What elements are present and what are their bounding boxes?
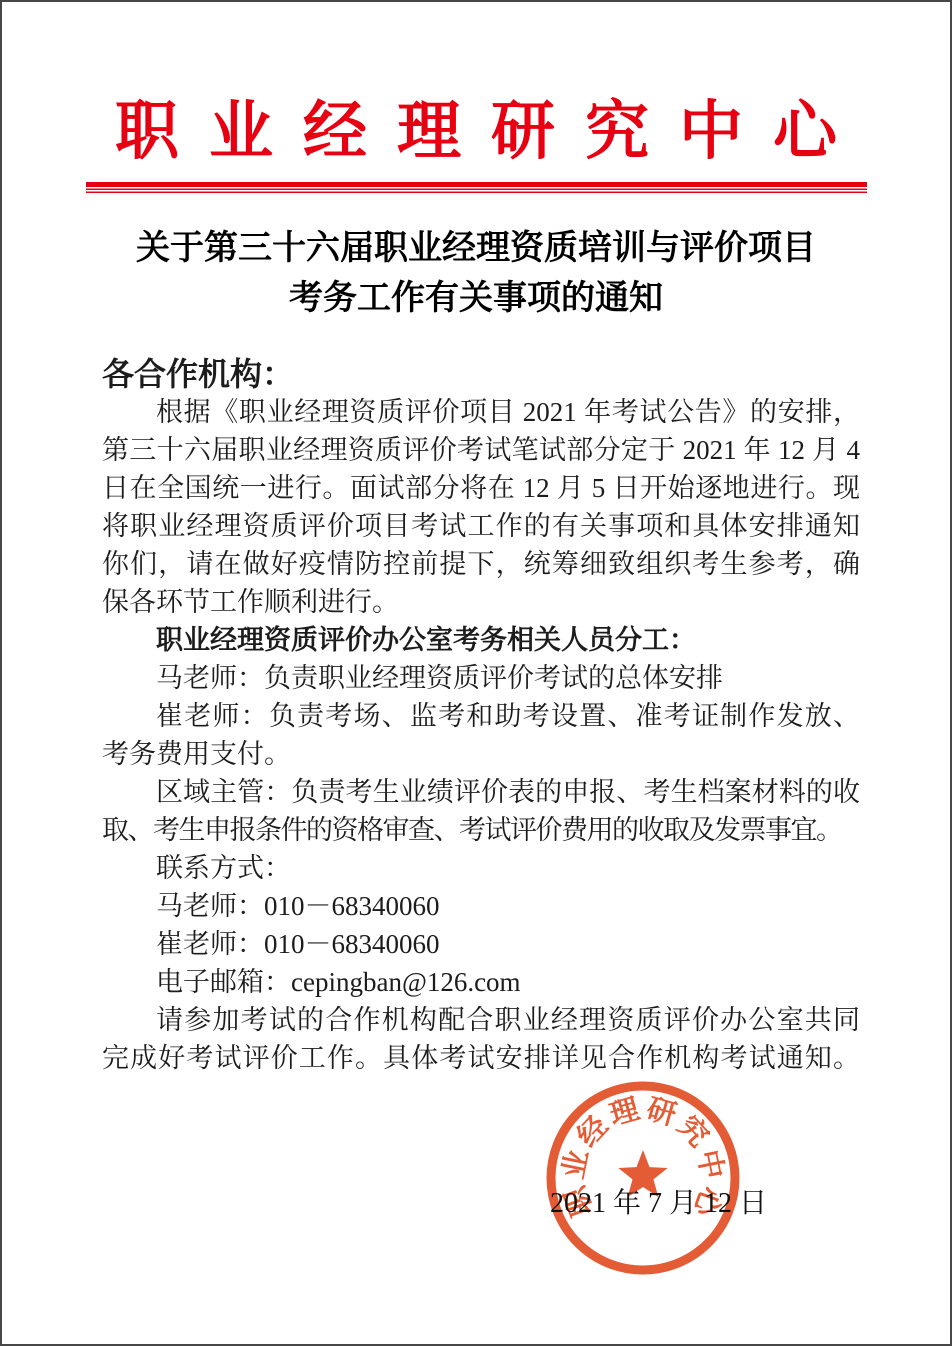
- body-line: 崔老师：负责考场、监考和助考设置、准考证制作发放、: [102, 697, 860, 735]
- stamp-character: 业: [557, 1147, 595, 1182]
- body-line: 将职业经理资质评价项目考试工作的有关事项和具体安排通知: [102, 507, 860, 545]
- official-seal-stamp: 职业经理研究中心: [543, 1078, 743, 1278]
- document-date: 2021 年 7 月 12 日: [550, 1185, 767, 1223]
- document-title-line1: 关于第三十六届职业经理资质培训与评价项目: [2, 224, 950, 274]
- body-line: 你们，请在做好疫情防控前提下，统筹细致组织考生参考，确: [102, 545, 860, 583]
- body-line: 职业经理资质评价办公室考务相关人员分工：: [102, 621, 860, 659]
- letterhead-double-rule: [86, 182, 867, 193]
- body-line: 联系方式：: [102, 849, 860, 887]
- body-line: 崔老师：010－68340060: [102, 925, 860, 963]
- body-line: 马老师：负责职业经理资质评价考试的总体安排: [102, 659, 860, 697]
- body-line: 日在全国统一进行。面试部分将在 12 月 5 日开始逐地进行。现: [102, 469, 860, 507]
- body-line: 考务费用支付。: [102, 735, 860, 773]
- body-line: 马老师：010－68340060: [102, 887, 860, 925]
- body-line: 取、考生申报条件的资格审查、考试评价费用的收取及发票事宜。: [102, 811, 860, 849]
- stamp-character: 研: [643, 1092, 680, 1132]
- document-page: 职业经理研究中心 关于第三十六届职业经理资质培训与评价项目 考务工作有关事项的通…: [0, 0, 952, 1346]
- body-line: 电子邮箱：cepingban@126.com: [102, 963, 860, 1001]
- body-line: 区域主管：负责考生业绩评价表的申报、考生档案材料的收: [102, 773, 860, 811]
- body-line: 保各环节工作顺利进行。: [102, 583, 860, 621]
- stamp-character: 中: [691, 1147, 729, 1182]
- body-line: 完成好考试评价工作。具体考试安排详见合作机构考试通知。: [102, 1039, 860, 1077]
- body-line: 第三十六届职业经理资质评价考试笔试部分定于 2021 年 12 月 4: [102, 431, 860, 469]
- body-lines: 各合作机构：根据《职业经理资质评价项目 2021 年考试公告》的安排，第三十六届…: [102, 355, 860, 1077]
- document-title: 关于第三十六届职业经理资质培训与评价项目 考务工作有关事项的通知: [2, 224, 950, 324]
- letterhead-org-name: 职业经理研究中心: [2, 90, 950, 174]
- document-title-line2: 考务工作有关事项的通知: [2, 274, 950, 324]
- body-line: 根据《职业经理资质评价项目 2021 年考试公告》的安排，: [102, 393, 860, 431]
- body-line: 请参加考试的合作机构配合职业经理资质评价办公室共同: [102, 1001, 860, 1039]
- body-line: 各合作机构：: [102, 355, 860, 393]
- stamp-character: 理: [606, 1093, 644, 1132]
